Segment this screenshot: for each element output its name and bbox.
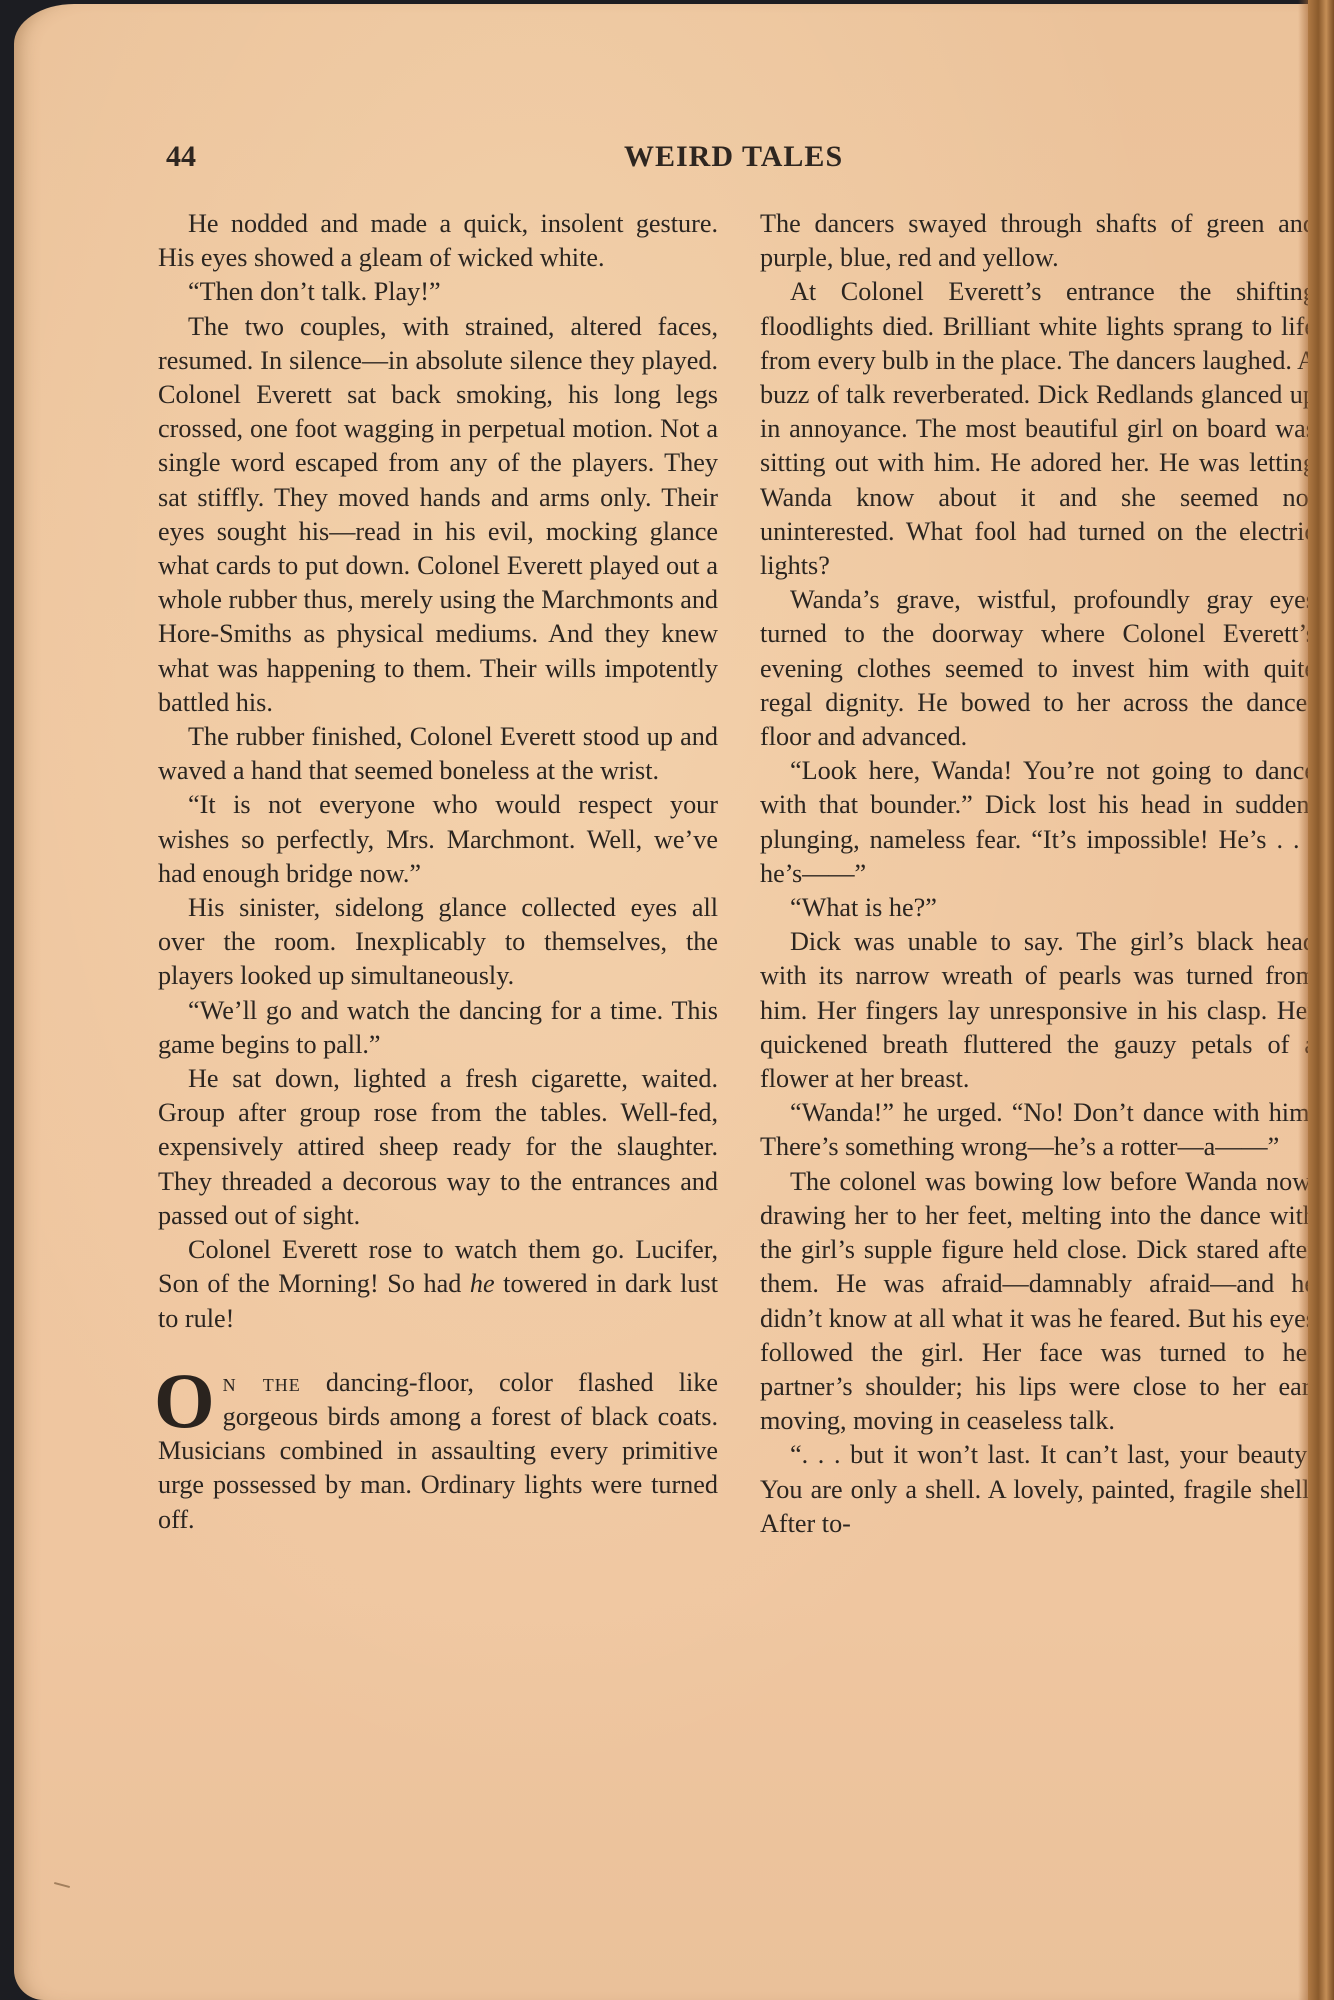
paragraph: At Colonel Everett’s entrance the shifti… <box>760 275 1316 583</box>
section-opening-paragraph: On the dancing-floor, color flashed like… <box>158 1366 718 1537</box>
left-column: He nodded and made a quick, insolent ges… <box>158 207 718 1537</box>
magazine-page: 44 WEIRD TALES He nodded and made a quic… <box>14 4 1310 2000</box>
paragraph: The colonel was bowing low before Wanda … <box>760 1165 1316 1439</box>
italic-emphasis: he <box>470 1269 495 1298</box>
paragraph: “We’ll go and watch the dancing for a ti… <box>158 994 718 1062</box>
drop-cap: O <box>154 1370 215 1432</box>
running-header: 44 WEIRD TALES <box>166 140 1316 180</box>
paragraph: The rubber finished, Colonel Everett sto… <box>158 720 718 788</box>
paper-mark <box>54 1882 70 1888</box>
paragraph: He nodded and made a quick, insolent ges… <box>158 207 718 275</box>
right-column: The dancers swayed through shafts of gre… <box>760 207 1316 1541</box>
scanned-page: 44 WEIRD TALES He nodded and made a quic… <box>0 0 1334 2000</box>
paragraph: “Wanda!” he urged. “No! Don’t dance with… <box>760 1096 1316 1164</box>
paragraph: Dick was unable to say. The girl’s black… <box>760 925 1316 1096</box>
page-gutter-shadow <box>1298 0 1308 2000</box>
paragraph: He sat down, lighted a fresh cigarette, … <box>158 1062 718 1233</box>
paragraph: The dancers swayed through shafts of gre… <box>760 207 1316 275</box>
section-break <box>158 1336 718 1366</box>
paragraph: The two couples, with strained, altered … <box>158 310 718 720</box>
book-spine-edge <box>1308 0 1334 2000</box>
small-caps-lead: n the <box>223 1368 301 1397</box>
paragraph: His sinister, sidelong glance collected … <box>158 891 718 994</box>
paragraph: “What is he?” <box>760 891 1316 925</box>
paragraph: “It is not everyone who would respect yo… <box>158 788 718 891</box>
paragraph: Colonel Everett rose to watch them go. L… <box>158 1233 718 1336</box>
page-number: 44 <box>166 140 196 174</box>
paragraph: “Then don’t talk. Play!” <box>158 275 718 309</box>
paragraph: “Look here, Wanda! You’re not going to d… <box>760 754 1316 891</box>
magazine-title: WEIRD TALES <box>624 140 843 174</box>
paragraph: “. . . but it won’t last. It can’t last,… <box>760 1438 1316 1541</box>
paragraph: Wanda’s grave, wistful, profoundly gray … <box>760 583 1316 754</box>
